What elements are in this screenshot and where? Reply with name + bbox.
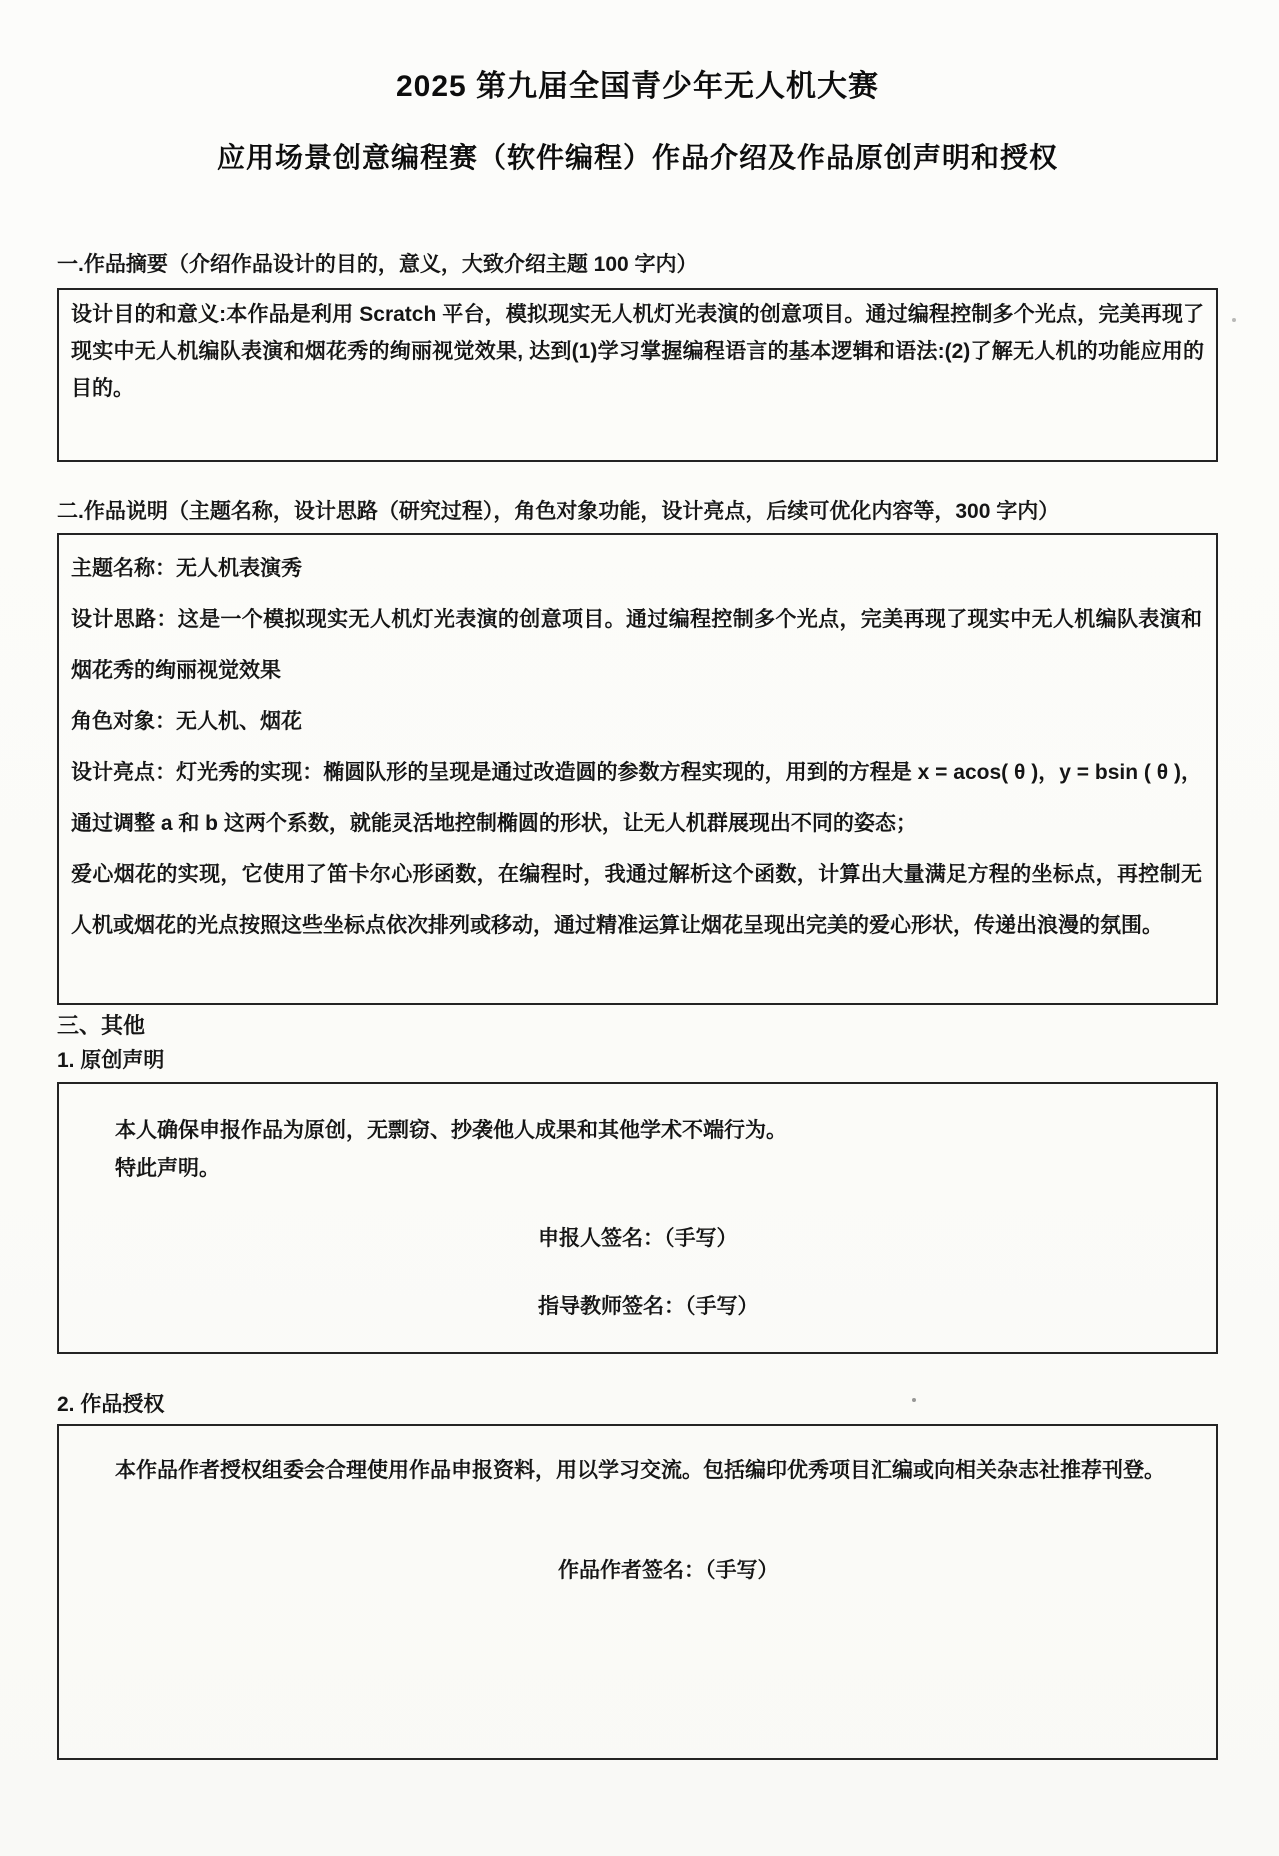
applicant-signature-line: 申报人签名：（手写） [538, 1220, 1202, 1258]
authorization-label: 2. 作品授权 [57, 1390, 1218, 1420]
page-subtitle: 应用场景创意编程赛（软件编程）作品介绍及作品原创声明和授权 [57, 142, 1218, 174]
description-paragraph-theme: 主题名称：无人机表演秀 [71, 543, 1202, 594]
scanned-document-page: 2025 第九届全国青少年无人机大赛 应用场景创意编程赛（软件编程）作品介绍及作… [0, 0, 1279, 1856]
scan-artifact-dot [1232, 318, 1236, 322]
description-paragraph-idea: 设计思路：这是一个模拟现实无人机灯光表演的创意项目。通过编程控制多个光点，完美再… [71, 594, 1202, 696]
section1-heading: 一.作品摘要（介绍作品设计的目的，意义，大致介绍主题 100 字内） [57, 250, 1218, 280]
description-paragraph-roles: 角色对象：无人机、烟花 [71, 696, 1202, 747]
teacher-signature-line: 指导教师签名：（手写） [538, 1288, 1202, 1326]
description-box: 主题名称：无人机表演秀 设计思路：这是一个模拟现实无人机灯光表演的创意项目。通过… [57, 533, 1218, 1005]
declaration-line1: 本人确保申报作品为原创，无剽窃、抄袭他人成果和其他学术不端行为。 [73, 1112, 1202, 1150]
description-paragraph-heart: 爱心烟花的实现，它使用了笛卡尔心形函数，在编程时，我通过解析这个函数，计算出大量… [71, 849, 1202, 951]
declaration-label: 1. 原创声明 [57, 1046, 1218, 1076]
abstract-box: 设计目的和意义:本作品是利用 Scratch 平台，模拟现实无人机灯光表演的创意… [57, 288, 1218, 462]
section2-heading: 二.作品说明（主题名称，设计思路（研究过程），角色对象功能，设计亮点，后续可优化… [57, 497, 1218, 527]
section3-heading: 三、其他 [57, 1011, 1218, 1041]
scan-artifact-dot [912, 1398, 916, 1402]
description-paragraph-highlight: 设计亮点：灯光秀的实现：椭圆队形的呈现是通过改造圆的参数方程实现的，用到的方程是… [71, 747, 1202, 849]
declaration-box: 本人确保申报作品为原创，无剽窃、抄袭他人成果和其他学术不端行为。 特此声明。 申… [57, 1082, 1218, 1354]
page-title: 2025 第九届全国青少年无人机大赛 [57, 0, 1218, 104]
abstract-text: 设计目的和意义:本作品是利用 Scratch 平台，模拟现实无人机灯光表演的创意… [71, 296, 1204, 407]
authorization-box: 本作品作者授权组委会合理使用作品申报资料，用以学习交流。包括编印优秀项目汇编或向… [57, 1424, 1218, 1760]
authorization-text: 本作品作者授权组委会合理使用作品申报资料，用以学习交流。包括编印优秀项目汇编或向… [73, 1452, 1202, 1490]
declaration-line2: 特此声明。 [73, 1150, 1202, 1188]
document-content: 2025 第九届全国青少年无人机大赛 应用场景创意编程赛（软件编程）作品介绍及作… [0, 0, 1279, 1760]
author-signature-line: 作品作者签名：（手写） [558, 1552, 1202, 1590]
